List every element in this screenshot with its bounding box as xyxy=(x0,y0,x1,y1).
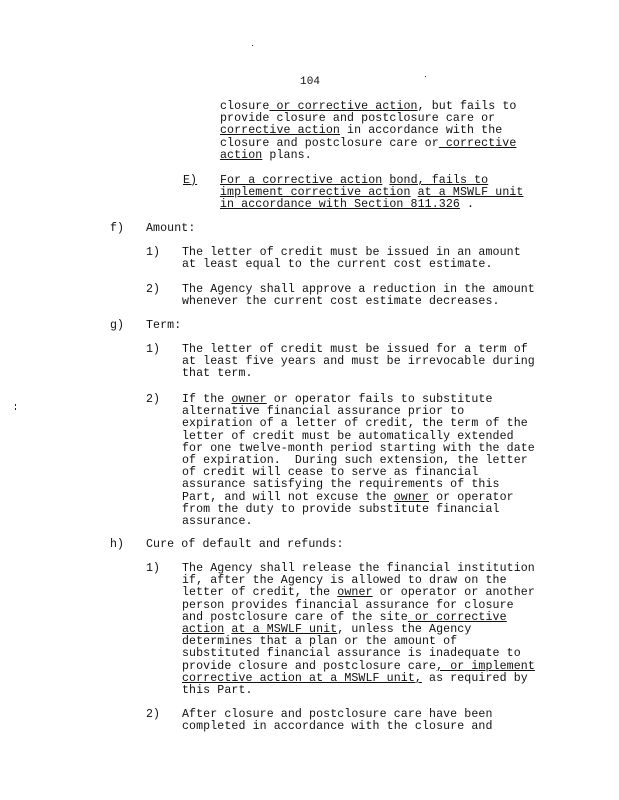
text-run: for one twelve-month period starting wit… xyxy=(182,442,535,455)
paragraph-line: this Part. xyxy=(182,685,253,697)
item-number: 1) xyxy=(146,563,160,575)
text-run: that term. xyxy=(182,367,253,380)
section-label: h) xyxy=(110,539,124,551)
text-run: plans. xyxy=(262,149,311,162)
scan-speck xyxy=(15,408,16,410)
text-run: of expiration. During such extension, th… xyxy=(182,454,528,467)
underlined-amendment: action xyxy=(220,149,262,162)
text-run: or operator xyxy=(429,491,514,504)
text-run: After closure and postclosure care have … xyxy=(182,708,493,721)
text-run: The letter of credit must be issued in a… xyxy=(182,246,521,259)
underlined-amendment: , or implement xyxy=(436,660,535,673)
text-run: , but fails to xyxy=(418,100,517,113)
item-e-line: in accordance with Section 811.326 . xyxy=(220,199,474,211)
item-number: 1) xyxy=(146,247,160,259)
underlined-amendment: For a corrective action xyxy=(220,174,382,187)
text-run: letter of credit, the xyxy=(182,586,337,599)
text-run: from the duty to provide substitute fina… xyxy=(182,503,500,516)
text-run: The Agency shall approve a reduction in … xyxy=(182,283,535,296)
section-label: g) xyxy=(110,320,124,332)
text-run: in accordance with the xyxy=(340,124,502,137)
text-run xyxy=(411,186,418,199)
text-run: letter of credit must be automatically e… xyxy=(182,430,514,443)
underlined-amendment: owner xyxy=(394,491,429,504)
paragraph-line: whenever the current cost estimate decre… xyxy=(182,296,500,308)
scan-speck xyxy=(15,404,16,406)
item-number: 2) xyxy=(146,709,160,721)
text-run: determines that a plan or the amount of xyxy=(182,635,457,648)
paragraph-line: that term. xyxy=(182,368,253,380)
text-run: of credit will cease to serve as financi… xyxy=(182,466,478,479)
item-number: 2) xyxy=(146,284,160,296)
underlined-amendment: corrective action xyxy=(220,124,340,137)
underlined-amendment: in accordance with Section 811.326 xyxy=(220,198,460,211)
page-number: 104 xyxy=(300,76,320,88)
text-run: person provides financial assurance for … xyxy=(182,599,514,612)
text-run: as required by xyxy=(422,672,528,685)
text-run: if, after the Agency is allowed to draw … xyxy=(182,574,507,587)
underlined-amendment: at a MSWLF unit xyxy=(418,186,524,199)
item-label: E) xyxy=(183,175,197,187)
text-run: or operator or another xyxy=(373,586,535,599)
text-run: completed in accordance with the closure… xyxy=(182,720,493,733)
text-run: or operator fails to substitute xyxy=(267,393,493,406)
text-run: at least five years and must be irrevoca… xyxy=(182,355,535,368)
underlined-amendment: corrective action at a MSWLF unit, xyxy=(182,672,422,685)
text-run: this Part. xyxy=(182,684,253,697)
underlined-amendment: owner xyxy=(337,586,372,599)
underlined-amendment: at a MSWLF unit xyxy=(231,623,337,636)
section-heading: Cure of default and refunds: xyxy=(146,539,344,551)
continuation-line: action plans. xyxy=(220,150,312,162)
text-run: Part, and will not excuse the xyxy=(182,491,394,504)
underlined-amendment: corrective xyxy=(439,137,517,150)
underlined-amendment: or corrective xyxy=(408,611,507,624)
underlined-amendment: action xyxy=(182,623,224,636)
text-run: closure xyxy=(220,100,269,113)
scan-speck xyxy=(425,76,426,77)
text-run: closure and postclosure care or xyxy=(220,137,439,150)
text-run: The letter of credit must be issued for … xyxy=(182,343,528,356)
text-run: and postclosure care of the site xyxy=(182,611,408,624)
underlined-amendment: implement corrective action xyxy=(220,186,411,199)
text-run: If the xyxy=(182,393,231,406)
item-number: 2) xyxy=(146,394,160,406)
underlined-amendment: bond, fails to xyxy=(389,174,488,187)
underlined-amendment: or corrective action xyxy=(269,100,417,113)
paragraph-line: assurance. xyxy=(182,516,253,528)
document-page: 104 closure or corrective action, but fa… xyxy=(0,0,619,800)
text-run: alternative financial assurance prior to xyxy=(182,405,464,418)
scan-speck xyxy=(252,45,253,46)
text-run: at least equal to the current cost estim… xyxy=(182,258,493,271)
paragraph-line: completed in accordance with the closure… xyxy=(182,721,493,733)
text-run: The Agency shall release the financial i… xyxy=(182,562,535,575)
section-heading: Amount: xyxy=(146,223,195,235)
section-heading: Term: xyxy=(146,320,181,332)
text-run: substituted financial assurance is inade… xyxy=(182,647,521,660)
underlined-amendment: owner xyxy=(231,393,266,406)
text-run: provide closure and postclosure care or xyxy=(220,112,495,125)
text-run: whenever the current cost estimate decre… xyxy=(182,295,500,308)
text-run: assurance satisfying the requirements of… xyxy=(182,478,500,491)
text-run: expiration of a letter of credit, the te… xyxy=(182,417,528,430)
item-number: 1) xyxy=(146,344,160,356)
text-run: assurance. xyxy=(182,515,253,528)
section-label: f) xyxy=(110,223,124,235)
text-run: , unless the Agency xyxy=(337,623,471,636)
paragraph-line: at least equal to the current cost estim… xyxy=(182,259,493,271)
text-run: . xyxy=(460,198,474,211)
text-run: provide closure and postclosure care xyxy=(182,660,436,673)
